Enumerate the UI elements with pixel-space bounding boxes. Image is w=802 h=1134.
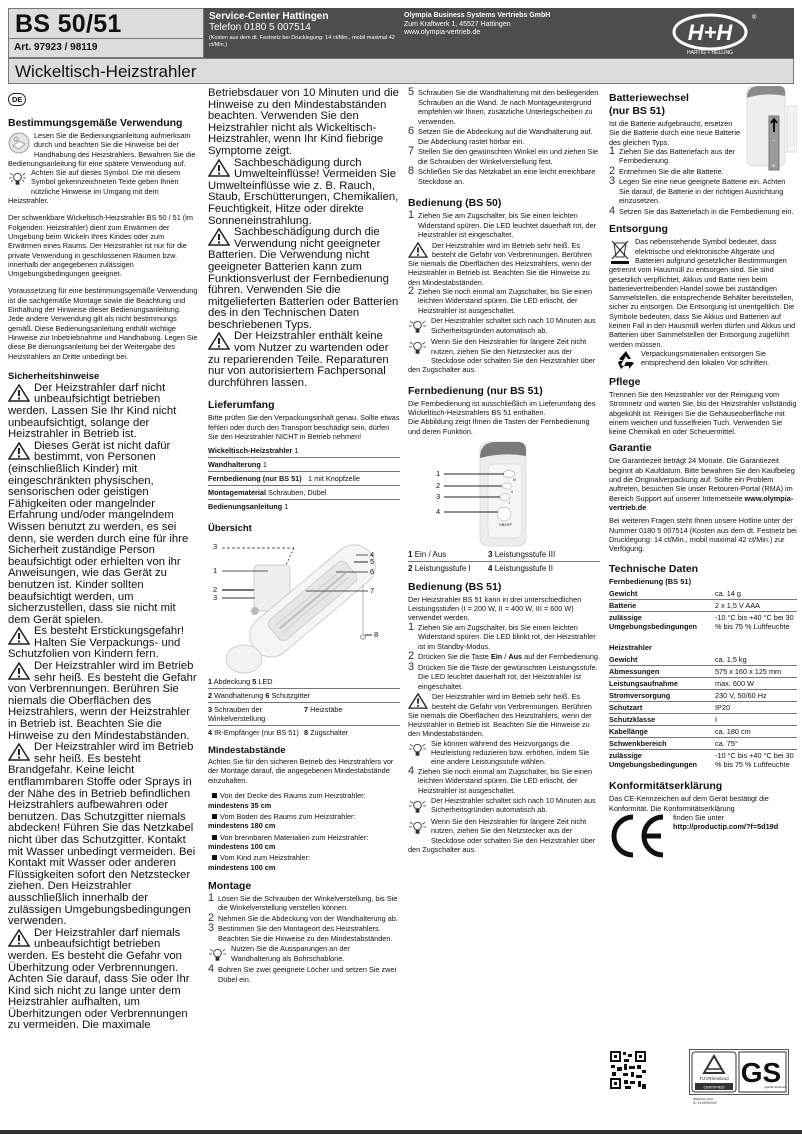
table-row: zulässige Umgebungsbedingungen-10 °C bis… xyxy=(609,750,797,771)
remote-button-label-iii: III xyxy=(513,478,516,482)
table-row: Gewichtca. 14 g xyxy=(609,588,797,600)
remote-callout-3: 3 xyxy=(436,492,440,501)
remote-callout-1: 1 xyxy=(436,469,440,478)
safety-warning: Sachbeschädigung durch die Verwendung ni… xyxy=(208,227,400,331)
recycling-icon xyxy=(615,350,637,370)
product-title-bar: Wickeltisch-Heizstrahler xyxy=(8,58,794,84)
operation-tip: Der Heizstrahler schaltet sich nach 10 M… xyxy=(408,316,600,335)
mounting-step: 7Stellen Sie den gewünschten Winkel ein … xyxy=(408,147,600,166)
operation-step: 1Ziehen Sie am Zugschalter, bis Sie eine… xyxy=(408,623,600,652)
battery-step: 1Ziehen Sie das Batteriefach aus der Fer… xyxy=(609,147,797,166)
safety-warning: Sachbeschädigung durch Umwelteinflüsse! … xyxy=(208,158,400,228)
overview-legend: 1 Abdeckung 5 LED 2 Wandhalterung 6 Schu… xyxy=(208,675,400,739)
tip-bulb-icon xyxy=(408,797,427,817)
distances-heading: Mindestabstände xyxy=(208,745,400,756)
tech-remote-table: Gewichtca. 14 g Batterie2 x 1,5 V AAA zu… xyxy=(609,588,797,632)
operation-warning: Der Heizstrahler wird im Betrieb sehr he… xyxy=(408,241,600,287)
operation-tip: Sie können während des Heizvorgangs die … xyxy=(408,739,600,767)
qr-code-icon[interactable] xyxy=(609,1050,647,1090)
tip-bulb-icon xyxy=(408,317,427,337)
table-row: 1 Abdeckung 5 LED xyxy=(208,675,400,689)
column-4: − + Batteriewechsel(nur BS 51) Ist die B… xyxy=(609,88,797,863)
list-item: Vom Boden des Raums zum Heizstrahler:min… xyxy=(208,812,400,831)
care-text: Trennen Sie den Heizstrahler vor der Rei… xyxy=(609,390,797,436)
callout-3b: 3 xyxy=(213,593,217,602)
safety-warning: Dieses Gerät ist nicht dafür bestimmt, v… xyxy=(8,441,198,627)
bottom-rule xyxy=(0,1130,802,1134)
model-number: BS 50/51 xyxy=(15,10,122,39)
warning-triangle-icon xyxy=(208,159,230,177)
warning-triangle-icon xyxy=(8,627,30,645)
tech-heater-table: Gewichtca. 1,5 kg Abmessungen575 x 160 x… xyxy=(609,654,797,770)
model-box: BS 50/51 xyxy=(8,8,204,38)
list-item: Vom Kind zum Heizstrahler:mindestens 100… xyxy=(208,853,400,872)
table-row: 2 Leistungsstufe I4 Leistungsstufe II xyxy=(408,561,600,575)
hartig-helling-logo-icon: H+H HARTIG + HELLING ® xyxy=(666,12,758,56)
callout-3: 3 xyxy=(213,542,217,551)
remote-callout-2: 2 xyxy=(436,481,440,490)
svg-text:−: − xyxy=(772,138,776,144)
warning-triangle-icon xyxy=(8,662,30,680)
safety-continued: Betriebsdauer von 10 Minuten und die Hin… xyxy=(208,88,400,158)
list-item: Von brennbaren Materialien zum Heizstrah… xyxy=(208,833,400,852)
operation-step: 4Ziehen Sie noch einmal am Zugschalter, … xyxy=(408,767,600,796)
svg-text:CERTIFIED: CERTIFIED xyxy=(703,1085,724,1090)
tuv-gs-certification-icon: TÜVRheinland CERTIFIED GS geprüfte Siche… xyxy=(689,1049,789,1095)
warranty-text: Die Garantiezeit beträgt 24 Monate. Die … xyxy=(609,456,797,512)
warranty-heading: Garantie xyxy=(609,442,797,455)
operation-tip: Wenn Sie den Heizstrahler für längere Ze… xyxy=(408,337,600,374)
mounting-step: 6Setzen Sie die Abdeckung auf die Wandha… xyxy=(408,127,600,146)
intended-use-heading: Bestimmungsgemäße Verwendung xyxy=(8,117,198,130)
service-cost-note: (Kosten aus dem dt. Festnetz bei Druckle… xyxy=(209,35,409,49)
certification-logos: TÜVRheinland CERTIFIED GS geprüfte Siche… xyxy=(609,1036,797,1116)
packaging-disposal: Verpackungsmaterialien entsorgen Sie ent… xyxy=(609,349,797,368)
battery-step: 4Setzen Sie das Batteriefach in die Fern… xyxy=(609,207,797,217)
tip-bulb-icon xyxy=(208,945,227,965)
table-row: 3 Schrauben der Winkelverstellung7 Heizs… xyxy=(208,702,400,725)
tech-heater-heading: Heizstrahler xyxy=(609,642,797,653)
warning-triangle-icon xyxy=(408,693,428,709)
safety-heading: Sicherheitshinweise xyxy=(8,371,198,382)
operation-step: 3Drücken Sie die Taste der gewünschten L… xyxy=(408,663,600,692)
article-number: Art. 97923 / 98119 xyxy=(14,42,97,53)
remote-figure: 1 2 3 4 III II I ON/OFF xyxy=(408,436,600,548)
intended-use-para-2: Voraussetzung für eine bestimmungsgemäße… xyxy=(8,286,198,360)
table-row: 2 Wandhalterung 6 Schutzgitter xyxy=(208,688,400,702)
tip-bulb-icon xyxy=(408,338,427,358)
callout-8: 8 xyxy=(374,630,378,639)
battery-step: 2Entnehmen Sie die alte Batterie. xyxy=(609,167,797,177)
mounting-step: 8Schließen Sie das Netzkabel an eine lei… xyxy=(408,167,600,186)
crossed-bin-icon xyxy=(609,238,631,264)
table-row: SchutzklasseI xyxy=(609,714,797,726)
callout-6: 6 xyxy=(370,567,374,576)
table-row: zulässige Umgebungsbedingungen-10 °C bis… xyxy=(609,612,797,633)
intended-use-para-1: Der schwenkbare Wickeltisch-Heizstrahler… xyxy=(8,213,198,278)
mounting-step: 4Bohren Sie zwei geeignete Löcher und se… xyxy=(208,965,400,984)
callout-5: 5 xyxy=(370,557,374,566)
document-header: BS 50/51 Art. 97923 / 98119 Service-Cent… xyxy=(8,8,794,84)
operation-bs51-heading: Bedienung (BS 51) xyxy=(408,581,600,594)
remote-legend: 1 Ein / Aus3 Leistungsstufe III 2 Leistu… xyxy=(408,548,600,575)
table-row: Bedienungsanleitung 1 xyxy=(208,499,400,513)
operation-step: 1Ziehen Sie am Zugschalter, bis Sie eine… xyxy=(408,211,600,240)
scope-intro: Bitte prüfen Sie den Verpackungsinhalt g… xyxy=(208,413,400,442)
safety-warning: Der Heizstrahler wird im Betrieb sehr he… xyxy=(8,742,198,928)
table-row: Montagematerial Schrauben, Dübel xyxy=(208,485,400,499)
callout-1: 1 xyxy=(213,566,217,575)
table-row: Stromversorgung230 V, 50/60 Hz xyxy=(609,690,797,702)
table-row: Wickeltisch-Heizstrahler 1 xyxy=(208,444,400,458)
company-info: Olympia Business Systems Vertriebs GmbH … xyxy=(404,12,604,38)
tech-remote-heading: Fernbedienung (BS 51) xyxy=(609,576,797,587)
tip-bulb-icon xyxy=(8,169,27,189)
operation-warning: Der Heizstrahler wird im Betrieb sehr he… xyxy=(408,692,600,738)
remote-callout-4: 4 xyxy=(436,507,440,516)
contact-banner: Service-Center Hattingen Telefon 0180 5 … xyxy=(204,8,794,58)
operation-bs50-heading: Bedienung (BS 50) xyxy=(408,197,600,210)
company-website[interactable]: www.olympia-vertrieb.de xyxy=(404,29,480,36)
table-row: Fernbedienung (nur BS 51)1 mit Knopfzell… xyxy=(208,471,400,485)
mounting-step: 2Nehmen Sie die Abdeckung von der Wandha… xyxy=(208,914,400,924)
table-row: Schwenkbereichca. 75° xyxy=(609,738,797,750)
scope-table: Wickeltisch-Heizstrahler 1 Wandhalterung… xyxy=(208,444,400,513)
safety-warning: Der Heizstrahler darf niemals unbeaufsic… xyxy=(8,928,198,1032)
table-row: Wandhalterung 1 xyxy=(208,457,400,471)
svg-text:GS: GS xyxy=(741,1057,781,1088)
table-row: SchutzartIP20 xyxy=(609,702,797,714)
callout-7: 7 xyxy=(370,586,374,595)
read-manual-icon xyxy=(8,132,30,154)
column-1: DE Bestimmungsgemäße Verwendung Lesen Si… xyxy=(8,88,198,1032)
overview-heading: Übersicht xyxy=(208,523,400,534)
safety-warning: Es besteht Erstickungsgefahr! Halten Sie… xyxy=(8,626,198,661)
scope-heading: Lieferumfang xyxy=(208,399,400,412)
safety-warning: Der Heizstrahler enthält keine vom Nutze… xyxy=(208,331,400,389)
ce-mark-icon xyxy=(609,813,667,859)
warning-triangle-icon xyxy=(8,929,30,947)
remote-heading: Fernbedienung (nur BS 51) xyxy=(408,385,600,398)
table-row: Abmessungen575 x 160 x 125 mm xyxy=(609,666,797,678)
hotline-text: Bei weiteren Fragen steht Ihnen unsere H… xyxy=(609,516,797,553)
service-center: Service-Center Hattingen Telefon 0180 5 … xyxy=(209,11,409,49)
battery-step: 3Legen Sie eine neue geeignete Batterie … xyxy=(609,177,797,206)
tip-bulb-icon xyxy=(408,818,427,838)
remote-button-label-ii: II xyxy=(511,490,513,494)
distances-list: Von der Decke des Raums zum Heizstrahler… xyxy=(208,791,400,871)
operation-tip: Wenn Sie den Heizstrahler für längere Ze… xyxy=(408,817,600,854)
warning-triangle-icon xyxy=(8,743,30,761)
operation-step: 2Drücken Sie die Taste Ein / Aus auf der… xyxy=(408,652,600,662)
ce-block: finden Sie unter http://productip.com/?f… xyxy=(609,813,797,863)
company-address: Zum Kraftwerk 1, 45527 Hattingen xyxy=(404,21,511,28)
conformity-heading: Konformitätserklärung xyxy=(609,780,797,793)
warning-triangle-icon xyxy=(8,384,30,402)
operation-step: 2Ziehen Sie noch einmal am Zugschalter, … xyxy=(408,287,600,316)
warning-triangle-icon xyxy=(8,442,30,460)
heater-figure: 3 1 2 3 4 5 6 7 8 xyxy=(208,535,400,675)
mounting-heading: Montage xyxy=(208,880,400,893)
safety-warning: Der Heizstrahler darf nicht unbeaufsicht… xyxy=(8,383,198,441)
language-badge: DE xyxy=(8,93,26,106)
table-row: Gewichtca. 1,5 kg xyxy=(609,654,797,666)
table-row: Batterie2 x 1,5 V AAA xyxy=(609,600,797,612)
disposal-text: Das nebenstehende Symbol bedeutet, dass … xyxy=(609,237,797,349)
tip-symbol-text: Achten Sie auf dieses Symbol. Die mit di… xyxy=(8,168,198,205)
column-2: Betriebsdauer von 10 Minuten und die Hin… xyxy=(208,88,400,985)
service-phone: Telefon 0180 5 007514 xyxy=(209,22,409,34)
list-item: Von der Decke des Raums zum Heizstrahler… xyxy=(208,791,400,810)
remote-intro-1: Die Fernbedienung ist ausschließlich im … xyxy=(408,399,600,418)
service-title: Service-Center Hattingen xyxy=(209,11,409,22)
product-title: Wickeltisch-Heizstrahler xyxy=(15,62,196,82)
read-manual-text: Lesen Sie die Bedienungsanleitung aufmer… xyxy=(8,131,198,168)
warning-triangle-icon xyxy=(208,228,230,246)
care-heading: Pflege xyxy=(609,376,797,389)
mounting-tip: Nutzen Sie die Aussparungen an der Wandh… xyxy=(208,944,400,963)
svg-text:HARTIG + HELLING: HARTIG + HELLING xyxy=(687,50,733,56)
distances-intro: Achten Sie für den sicheren Betrieb des … xyxy=(208,757,400,786)
article-box: Art. 97923 / 98119 xyxy=(8,38,204,58)
table-row: 1 Ein / Aus3 Leistungsstufe III xyxy=(408,548,600,562)
table-row: 4 IR-Empfänger (nur BS 51)8 Zugschalter xyxy=(208,725,400,739)
disposal-heading: Entsorgung xyxy=(609,223,797,236)
remote-intro-2: Die Abbildung zeigt Ihnen die Tasten der… xyxy=(408,417,600,436)
operation-tip: Der Heizstrahler schaltet sich nach 10 M… xyxy=(408,796,600,815)
svg-text:H+H: H+H xyxy=(688,20,734,45)
safety-warning: Der Heizstrahler wird im Betrieb sehr he… xyxy=(8,661,198,742)
mounting-step: 1Lösen Sie die Schrauben der Winkelverst… xyxy=(208,894,400,913)
svg-text:geprüfte Sicherheit: geprüfte Sicherheit xyxy=(765,1086,786,1089)
company-name: Olympia Business Systems Vertriebs GmbH xyxy=(404,12,550,19)
mounting-step: 5Schrauben Sie die Wandhalterung mit den… xyxy=(408,88,600,126)
table-row: Leistungsaufnahmemax. 600 W xyxy=(609,678,797,690)
warning-triangle-icon xyxy=(208,332,230,350)
tech-data-heading: Technische Daten xyxy=(609,563,797,576)
conformity-url[interactable]: http://productip.com/?f=5d19d xyxy=(673,822,778,831)
table-row: Kabellängeca. 180 cm xyxy=(609,726,797,738)
column-3: 5Schrauben Sie die Wandhalterung mit den… xyxy=(408,88,600,854)
remote-button-label-onoff: ON/OFF xyxy=(499,523,512,527)
mounting-step: 3Bestimmen Sie den Montageort des Heizst… xyxy=(208,924,400,943)
conformity-find: finden Sie unter xyxy=(673,813,724,822)
remote-button-label-i: I xyxy=(509,501,510,505)
svg-text:®: ® xyxy=(752,14,757,21)
conformity-text: Das CE-Kennzeichen auf dem Gerät bestäti… xyxy=(609,794,797,813)
tuv-id: ID 1419080002 xyxy=(693,1101,717,1105)
tip-bulb-icon xyxy=(408,740,427,760)
warning-triangle-icon xyxy=(408,242,428,258)
operation-bs51-intro: Der Heizstrahler BS 51 kann in drei unte… xyxy=(408,595,600,623)
svg-text:TÜVRheinland: TÜVRheinland xyxy=(699,1075,729,1081)
